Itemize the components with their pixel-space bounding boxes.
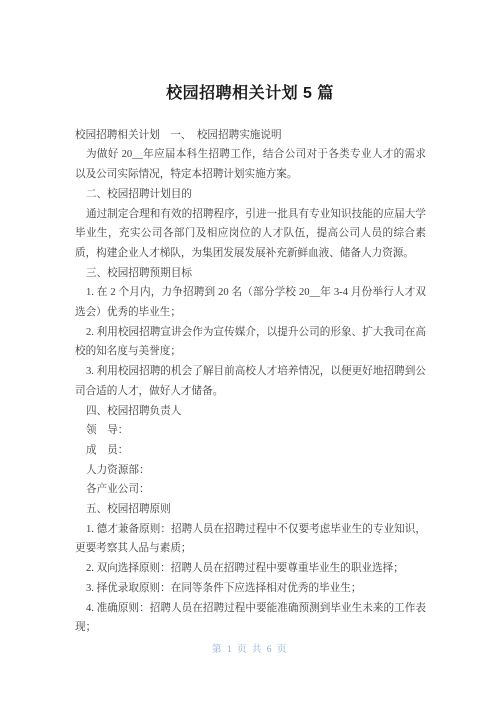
document-paragraph: 1. 德才兼备原则：招聘人员在招聘过程中不仅要考虑毕业生的专业知识，更要考察其人… [75,520,426,559]
document-title: 校园招聘相关计划 5 篇 [0,11,500,105]
document-paragraph: 通过制定合理和有效的招聘程序，引进一批具有专业知识技能的应届大学毕业生，充实公司… [75,205,426,264]
document-paragraph: 人力资源部： [75,461,426,481]
document-paragraph: 校园招聘相关计划 一、 校园招聘实施说明 [75,126,426,146]
document-paragraph: 4. 准确原则：招聘人员在招聘过程中要能准确预测到毕业生未来的工作表现； [75,599,426,638]
document-paragraph: 2. 利用校园招聘宣讲会作为宣传媒介，以提升公司的形象、扩大我司在高校的知名度与… [75,323,426,362]
document-paragraph: 四、校园招聘负责人 [75,402,426,422]
document-paragraph: 3. 择优录取原则：在同等条件下应选择相对优秀的毕业生； [75,579,426,599]
document-paragraph: 领 导： [75,421,426,441]
document-paragraph: 各产业公司： [75,480,426,500]
document-paragraph: 3. 利用校园招聘的机会了解目前高校人才培养情况，以便更好地招聘到公司合适的人才… [75,362,426,401]
document-paragraph: 二、校园招聘计划目的 [75,185,426,205]
document-paragraph: 五、校园招聘原则 [75,500,426,520]
document-body: 校园招聘相关计划 一、 校园招聘实施说明为做好 20__年应届本科生招聘工作，结… [75,126,426,638]
document-paragraph: 1. 在 2 个月内，力争招聘到 20 名（部分学校 20__年 3-4 月份举… [75,283,426,322]
document-paragraph: 成 员： [75,441,426,461]
document-paragraph: 为做好 20__年应届本科生招聘工作，结合公司对于各类专业人才的需求以及公司实际… [75,145,426,184]
document-page: 校园招聘相关计划 5 篇 校园招聘相关计划 一、 校园招聘实施说明为做好 20_… [0,0,500,707]
document-paragraph: 三、校园招聘预期目标 [75,264,426,284]
page-number-footer: 第 1 页 共 6 页 [0,641,500,655]
document-paragraph: 2. 双向选择原则：招聘人员在招聘过程中要尊重毕业生的职业选择； [75,559,426,579]
